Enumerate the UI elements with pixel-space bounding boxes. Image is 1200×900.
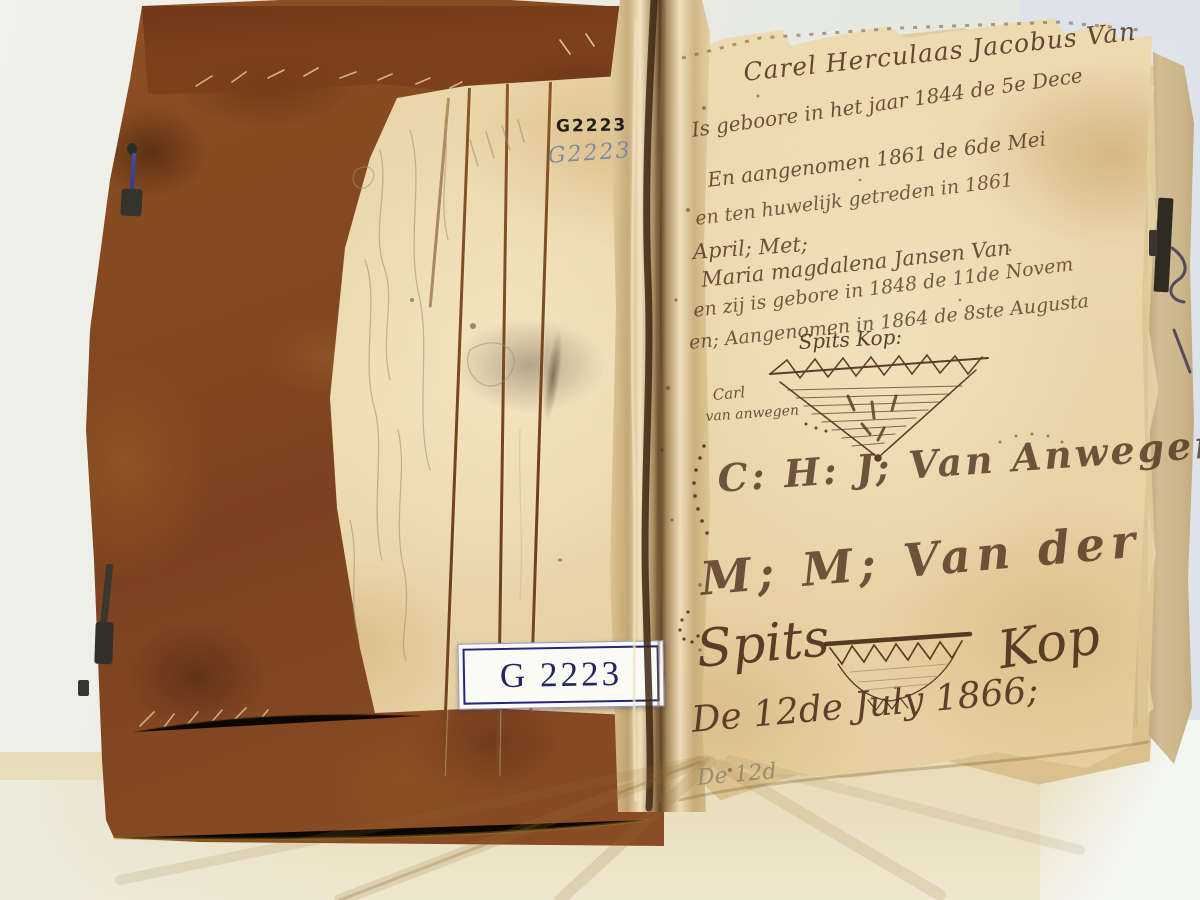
accession-label-border: G 2223 <box>463 645 660 704</box>
spits-word: Spits <box>694 608 832 679</box>
owner-note: Carl <box>712 383 746 404</box>
accession-label-text: G 2223 <box>500 654 623 696</box>
right-clasp-tab-icon <box>1149 230 1157 256</box>
paper-smudge <box>455 318 605 413</box>
left-clasp-nub-icon <box>78 680 89 696</box>
left-clasp-lower-foot-icon <box>94 622 113 665</box>
accession-label: G 2223 <box>457 640 664 710</box>
accession-stamp: G2223 <box>556 115 628 136</box>
photo-of-old-book: G2223 G2223 G 2223 Carel Herculaas Jacob… <box>0 0 1200 900</box>
left-clasp-upper-buckle-icon <box>120 188 142 216</box>
